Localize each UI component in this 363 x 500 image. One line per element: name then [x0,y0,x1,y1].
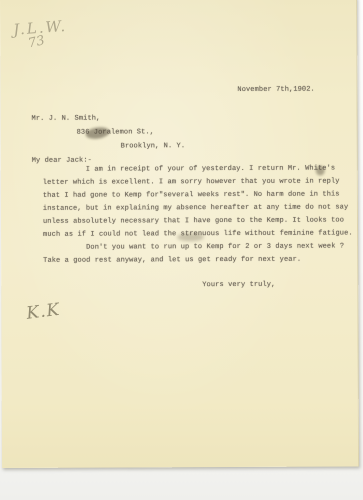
scanned-letter-scene: J.L.W. 73 November 7th,1902. Mr. J. N. S… [0,0,363,500]
handwritten-initials-bottom: K.K [25,300,61,324]
ink-blot-line1 [316,166,325,176]
letter-closing: Yours very truly, [202,281,275,290]
body-line: Don't you want to run up to Kemp for 2 o… [43,240,353,254]
letter-paper: J.L.W. 73 November 7th,1902. Mr. J. N. S… [0,0,359,468]
recipient-name: Mr. J. N. Smith, [32,115,101,124]
letter-body: I am in receipt of your of yesterday. I … [43,162,353,267]
body-line: I am in receipt of your of yesterday. I … [43,162,353,176]
body-line: unless absolutely necessary that I have … [43,214,353,228]
body-line: instance, but in explaining my absence h… [43,201,353,215]
body-line: letter which is excellent. I am sorry ho… [43,175,353,189]
letter-date: November 7th,1902. [237,86,314,95]
handwritten-number: 73 [27,33,46,51]
body-line: Take a good rest anyway, and let us get … [43,253,353,267]
body-line: that I had gone to Kemp for"several week… [43,188,353,202]
recipient-city: Brooklyn, N. Y. [121,142,186,151]
ink-smudge-strenuous [177,233,204,241]
